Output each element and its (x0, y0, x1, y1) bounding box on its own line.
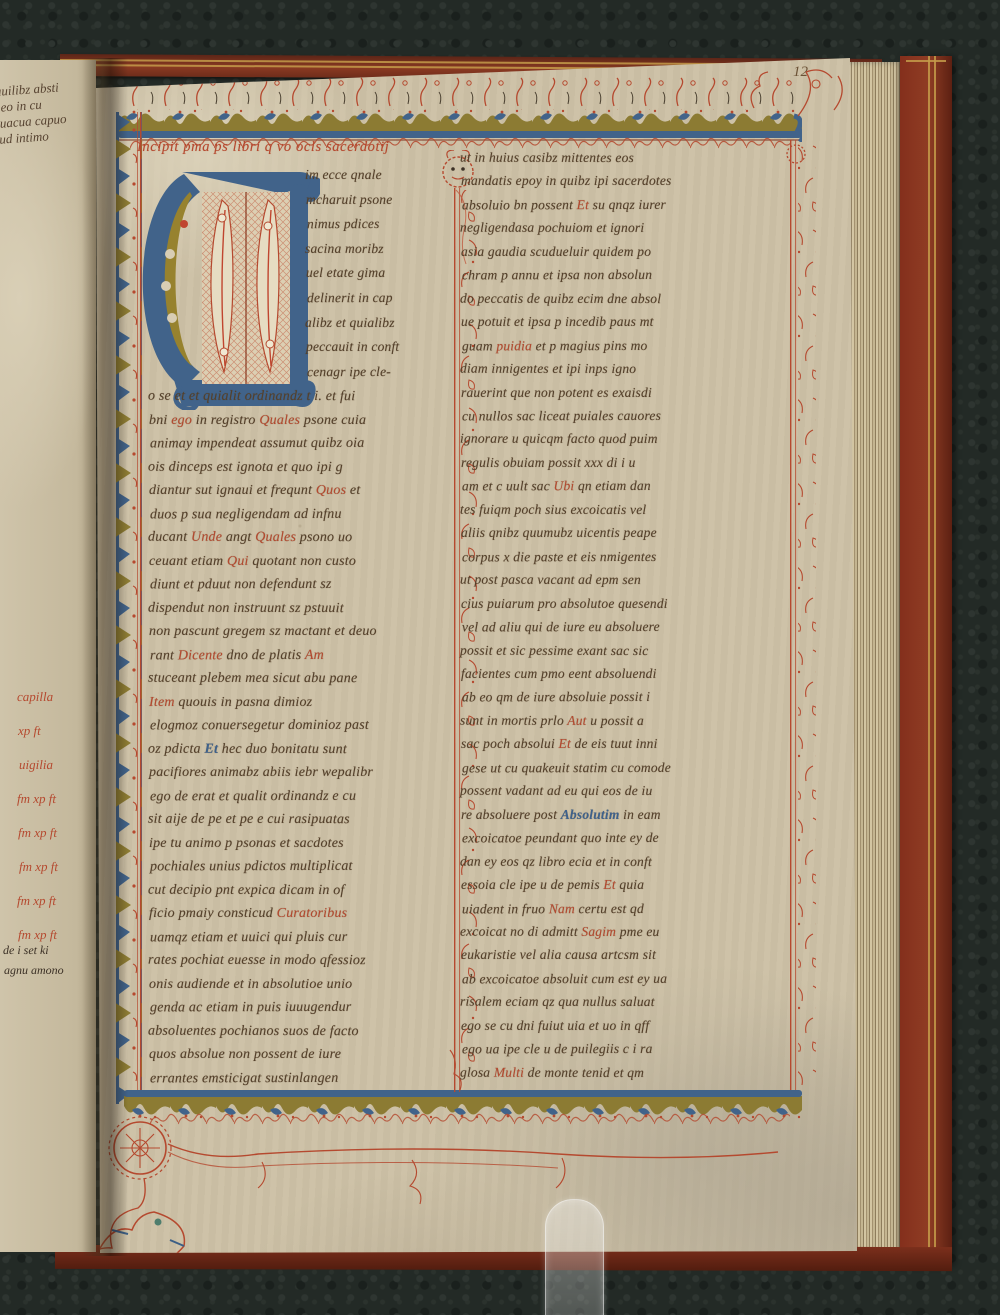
gold-fillet-line (906, 60, 946, 62)
text-line: ab excoicatoe absoluit cum est ey ua (462, 966, 794, 990)
text-line: delinerit in cap (307, 286, 457, 311)
manuscript-photo: a cauilibz abstiqm eo in cuo quacua capu… (0, 0, 1000, 1315)
text-line: rauerint que non potent es exaisdi (461, 381, 793, 404)
text-line: ceuant etiam Qui quotant non custo (149, 550, 451, 574)
text-line: risalem eciam qz qua nullus saluat (460, 990, 792, 1014)
left-column: o se et et quialit ordinandz t i. et fui… (149, 385, 451, 1090)
text-line: re absoluere post Absolutim in eam (461, 803, 793, 826)
text-line: tes fuiqm poch sius excoicatis vel (460, 497, 792, 521)
text-line: ignud intimo (0, 127, 66, 149)
text-line: ut post pasca vacant ad epm sen (460, 568, 792, 592)
text-line: aliis qnibz quumubz uicentis peape (461, 521, 793, 544)
text-line: rates pochiat euesse in modo qfessioz (148, 949, 450, 973)
text-line: ab eo qm de iure absoluie possit i (462, 685, 794, 709)
text-line: non pascunt gregem sz mactant et deuo (149, 620, 451, 644)
text-line: pacifiores animabz abiis iebr wepalibr (149, 761, 451, 785)
text-line: animay impendeat assumut quibz oia (150, 432, 452, 456)
text-line: excoicatoe peundant quo inte ey de (462, 826, 794, 850)
text-line: uamqz etiam et uuici qui pluis cur (150, 925, 452, 949)
text-line: Item quouis in pasna dimioz (149, 691, 451, 715)
text-line: xp ft (18, 714, 57, 748)
left-column-indent: im ecce qnalemcharuit psonenimus pdicess… (306, 163, 456, 384)
text-line: o se et et quialit ordinandz t i. et fui (148, 385, 450, 409)
text-line: pochiales unius pdictos multiplicat (150, 855, 452, 879)
text-line: diantur sut ignaui et frequnt Quos et (149, 479, 451, 503)
text-line: absoluio bn possent Et su qnqz iurer (462, 192, 794, 216)
text-line: guam puidia et p magius pins mo (462, 333, 794, 357)
facing-page-text: de i set kiagnu amono (4, 940, 64, 980)
text-line: ignorare u quicqm facto quod puim (460, 427, 792, 451)
text-line: gese ut cu quakeuit statim cu comode (462, 755, 794, 779)
text-line: dispendut non instruunt sz pstuuit (148, 596, 450, 620)
text-line: absoluentes pochianos suos de facto (148, 1019, 450, 1043)
text-line: onis audiende et in absolutioe unio (149, 973, 451, 997)
gold-fillet-line (928, 56, 930, 1266)
text-line: alibz et quialibz (305, 310, 455, 335)
text-line: ficio pmaiy consticud Curatoribus (149, 902, 451, 926)
text-line: eukaristie vel alia causa artcsm sit (461, 943, 793, 966)
book-cover-right-edge (900, 56, 952, 1266)
text-line: cu nullos sac liceat puiales cauores (462, 404, 794, 428)
text-line: glosa Multi de monte tenid et qm (460, 1060, 792, 1084)
gutter-shadow (82, 58, 128, 1256)
penwork-ascenders (126, 76, 798, 110)
text-line: sac poch absolui Et de eis tuut inni (461, 732, 793, 755)
text-line: possit et sic pessime exant sac sic (460, 638, 792, 662)
text-line: fm xp ft (17, 782, 56, 816)
text-line: mcharuit psone (306, 188, 456, 213)
gold-fillet-line (934, 56, 936, 1266)
text-line: diunt et pduut non defendunt sz (150, 573, 452, 597)
text-line: ducant Unde angt Quales psono uo (148, 526, 450, 550)
text-line: duos p sua negligendam ad infnu (150, 502, 452, 526)
text-line: corpus x die paste et eis nmigentes (462, 544, 794, 568)
text-line: rant Dicente dno de platis Am (150, 643, 452, 667)
text-line: errantes emsticigat sustinlangen (150, 1066, 452, 1090)
text-line: stuceant plebem mea sicut abu pane (148, 667, 450, 691)
text-line: regulis obuiam possit xxx di i u (461, 451, 793, 474)
text-line: cius puiarum pro absolutoe quesendi (461, 592, 793, 615)
text-line: de i set ki (3, 940, 63, 960)
text-line: elogmoz conuersegetur dominioz past (150, 714, 452, 738)
text-line: nimus pdices (307, 212, 457, 237)
text-line: excoicat no di admitt Sagim pme eu (460, 920, 792, 944)
page-holder-strap (545, 1199, 604, 1315)
text-line: ego ua ipe cle u de puilegiis c i ra (462, 1037, 794, 1061)
text-line: chram p annu et ipsa non absolun (462, 263, 794, 287)
text-line: cenagr ipe cle- (307, 360, 457, 385)
text-line: genda ac etiam in puis iuuugendur (150, 996, 452, 1020)
text-line: sit aije de pe et pe e cui rasipuatas (148, 808, 450, 832)
text-line: diam innigentes et ipi inps igno (460, 357, 792, 381)
illuminated-initial (122, 166, 320, 410)
folio-number: 12 (793, 64, 808, 81)
text-line: quos absolue non possent de iure (149, 1043, 451, 1067)
text-line: ue potuit et ipsa p incedib paus mt (461, 310, 793, 333)
text-line: fm xp ft (17, 884, 56, 918)
text-line: uiadent in fruo Nam certu est qd (462, 896, 794, 920)
manuscript-page: Incipit pma ps libri q vo ocls sacerdoti… (0, 0, 1000, 1315)
text-line: fm xp ft (19, 850, 58, 884)
facing-page-text: a cauilibz abstiqm eo in cuo quacua capu… (0, 79, 67, 149)
text-line: uel etate gima (306, 261, 456, 286)
text-line: fm xp ft (18, 816, 57, 850)
text-line: uigilia (19, 748, 58, 782)
text-line: capilla (17, 680, 56, 714)
text-line: ut in huius casibz mittentes eos (460, 146, 792, 170)
text-line: facientes cum pmo eent absoluendi (461, 662, 793, 685)
rubric-incipit: Incipit pma ps libri q vo ocls sacerdoti… (137, 139, 457, 156)
text-line: possent vadant ad eu qui eos de iu (460, 779, 792, 803)
text-line: am et c uult sac Ubi qn etiam dan (462, 474, 794, 498)
text-line: dan ey eos qz libro ecia et in conft (460, 849, 792, 873)
text-line: ego de erat et qualit ordinandz e cu (150, 784, 452, 808)
text-line: im ecce qnale (305, 163, 455, 188)
text-line: oz pdicta Et hec duo bonitatu sunt (148, 737, 450, 761)
facing-page-red-list: capillaxp ftuigiliafm xp ftfm xp ftfm xp… (18, 680, 57, 952)
text-line: agnu amono (4, 960, 64, 980)
text-line: do peccatis de quibz ecim dne absol (460, 286, 792, 310)
text-line: mandatis epoy in quibz ipi sacerdotes (461, 169, 793, 192)
text-line: ois dinceps est ignota et quo ipi g (148, 455, 450, 479)
text-line: bni ego in registro Quales psone cuia (149, 409, 451, 433)
text-line: vel ad aliu qui de iure eu absoluere (462, 615, 794, 639)
text-line: cut decipio pnt expica dicam in of (148, 878, 450, 902)
right-column: ut in huius casibz mittentes eosmandatis… (461, 146, 793, 1084)
text-line: peccauit in conft (306, 335, 456, 360)
text-line: ipe tu animo p psonas et sacdotes (149, 832, 451, 856)
text-line: essoia cle ipe u de pemis Et quia (461, 873, 793, 896)
text-line: sunt in mortis prlo Aut u possit a (460, 709, 792, 733)
text-line: sacina moribz (305, 237, 455, 262)
text-line: ego se cu dni fuiut uia et uo in qff (461, 1014, 793, 1037)
text-line: negligendasa pochuiom et ignori (460, 216, 792, 240)
text-line: asia gaudia scudueluir quidem po (461, 240, 793, 263)
